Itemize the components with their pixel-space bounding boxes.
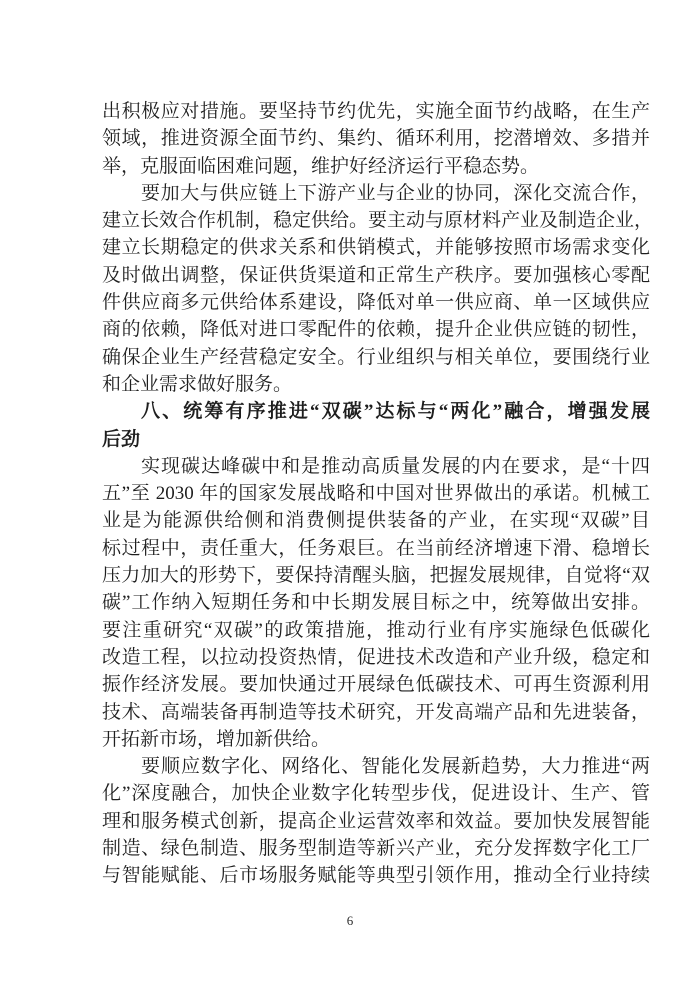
text-line: 八、统筹有序推进“双碳”达标与“两化”融合，增强发展 — [102, 398, 650, 425]
text-line: 改造工程，以拉动投资热情，促进技术改造和产业升级，稳定和 — [102, 644, 650, 671]
text-line: 化”深度融合，加快企业数字化转型步伐，促进设计、生产、管 — [102, 780, 650, 807]
text-line: 商的依赖，降低对进口零配件的依赖，提升企业供应链的韧性， — [102, 316, 650, 343]
text-line: 压力加大的形势下，要保持清醒头脑，把握发展规律，自觉将“双 — [102, 562, 650, 589]
text-line: 标过程中，责任重大，任务艰巨。在当前经济增速下滑、稳增长 — [102, 535, 650, 562]
text-line: 要顺应数字化、网络化、智能化发展新趋势，大力推进“两 — [102, 753, 650, 780]
text-line: 领域，推进资源全面节约、集约、循环利用，挖潜增效、多措并 — [102, 125, 650, 152]
text-line: 振作经济发展。要加快通过开展绿色低碳技术、可再生资源利用 — [102, 671, 650, 698]
document-text-block: 出积极应对措施。要坚持节约优先，实施全面节约战略，在生产领域，推进资源全面节约、… — [102, 98, 650, 890]
text-line: 出积极应对措施。要坚持节约优先，实施全面节约战略，在生产 — [102, 98, 650, 125]
text-line: 业是为能源供给侧和消费侧提供装备的产业，在实现“双碳”目 — [102, 507, 650, 534]
text-line: 后劲 — [102, 426, 650, 453]
text-line: 要加大与供应链上下游产业与企业的协同，深化交流合作， — [102, 180, 650, 207]
text-line: 技术、高端装备再制造等技术研究，开发高端产品和先进装备， — [102, 699, 650, 726]
text-line: 举，克服面临困难问题，维护好经济运行平稳态势。 — [102, 153, 650, 180]
text-line: 制造、绿色制造、服务型制造等新兴产业，充分发挥数字化工厂 — [102, 835, 650, 862]
text-line: 建立长效合作机制，稳定供给。要主动与原材料产业及制造企业， — [102, 207, 650, 234]
text-line: 要注重研究“双碳”的政策措施，推动行业有序实施绿色低碳化 — [102, 617, 650, 644]
text-line: 确保企业生产经营稳定安全。行业组织与相关单位，要围绕行业 — [102, 344, 650, 371]
text-line: 建立长期稳定的供求关系和供销模式，并能够按照市场需求变化 — [102, 234, 650, 261]
page-number: 6 — [0, 913, 700, 929]
text-line: 理和服务模式创新，提高企业运营效率和效益。要加快发展智能 — [102, 808, 650, 835]
document-page: 出积极应对措施。要坚持节约优先，实施全面节约战略，在生产领域，推进资源全面节约、… — [0, 0, 700, 990]
text-line: 碳”工作纳入短期任务和中长期发展目标之中，统筹做出安排。 — [102, 589, 650, 616]
text-line: 件供应商多元供给体系建设，降低对单一供应商、单一区域供应 — [102, 289, 650, 316]
text-line: 和企业需求做好服务。 — [102, 371, 650, 398]
text-line: 五”至 2030 年的国家发展战略和中国对世界做出的承诺。机械工 — [102, 480, 650, 507]
text-line: 及时做出调整，保证供货渠道和正常生产秩序。要加强核心零配 — [102, 262, 650, 289]
text-line: 开拓新市场，增加新供给。 — [102, 726, 650, 753]
text-line: 与智能赋能、后市场服务赋能等典型引领作用，推动全行业持续 — [102, 862, 650, 889]
text-line: 实现碳达峰碳中和是推动高质量发展的内在要求，是“十四 — [102, 453, 650, 480]
